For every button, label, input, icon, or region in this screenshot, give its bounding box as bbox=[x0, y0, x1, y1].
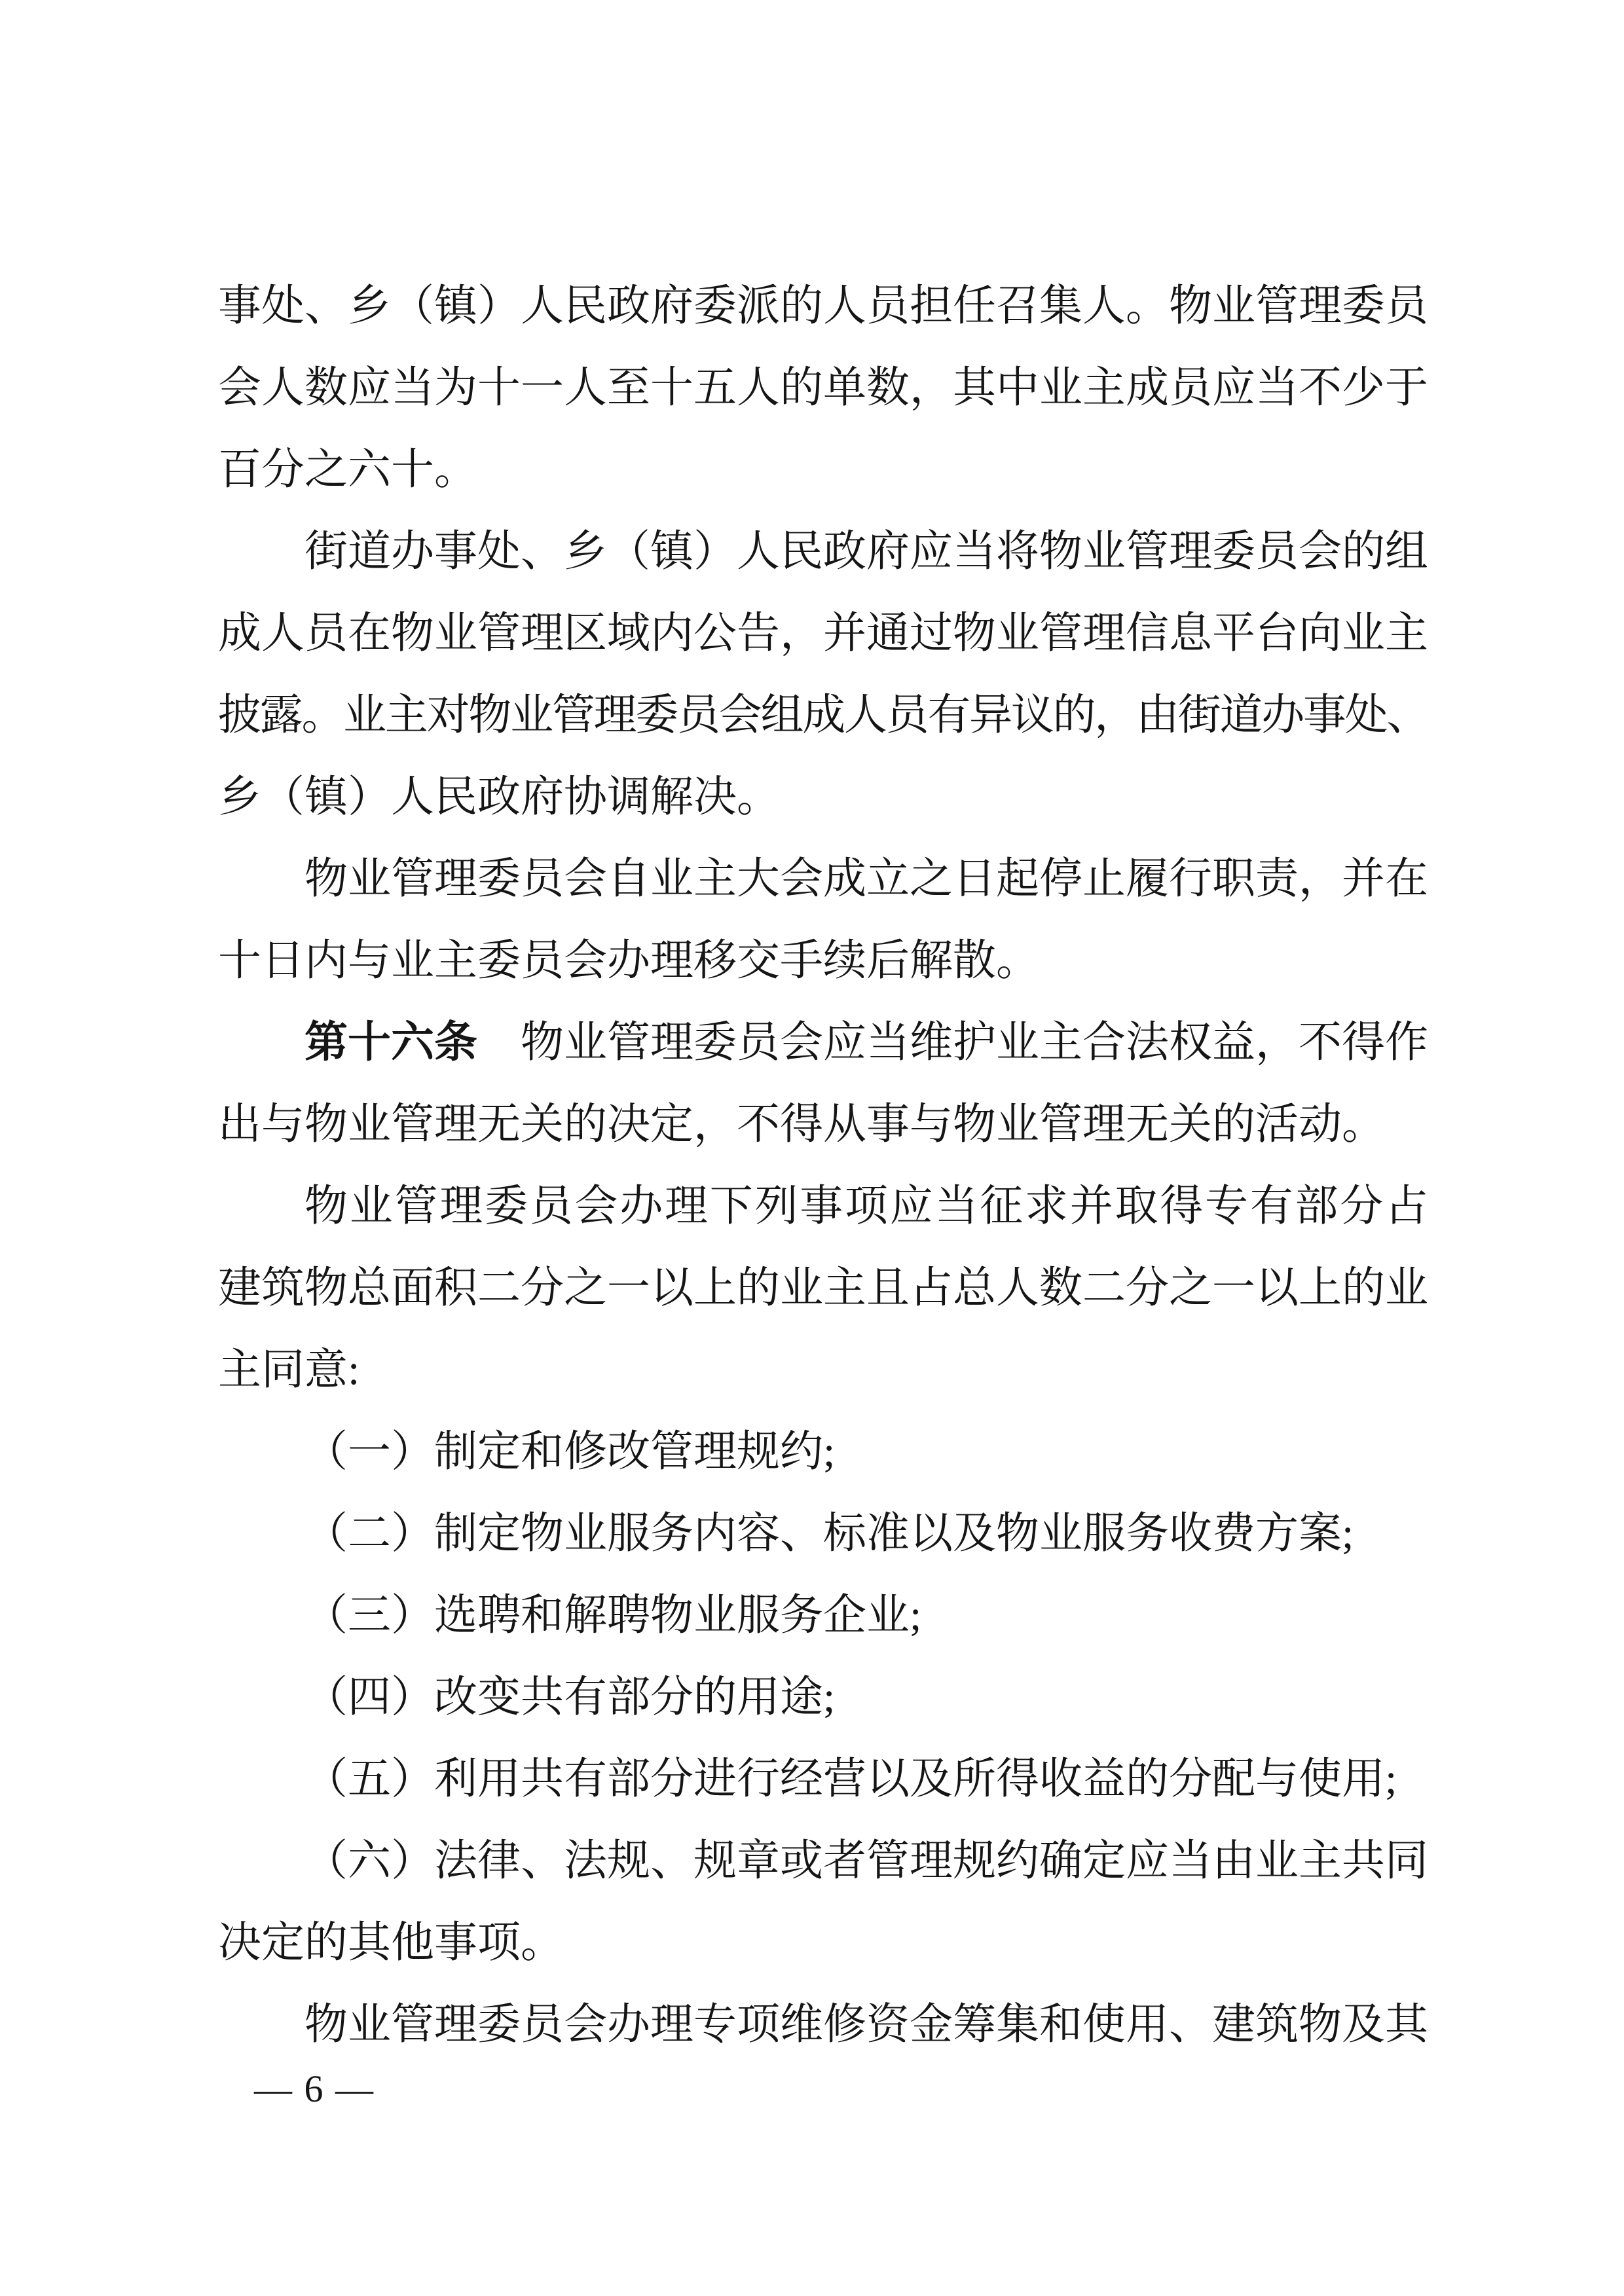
list-item-2: （二）制定物业服务内容、标准以及物业服务收费方案; bbox=[218, 1493, 1428, 1575]
document-body: 事处、乡（镇）人民政府委派的人员担任召集人。物业管理委员 会人数应当为十一人至十… bbox=[218, 265, 1428, 2066]
body-line: 披露。业主对物业管理委员会组成人员有异议的，由街道办事处、 bbox=[218, 674, 1428, 756]
list-item-3: （三）选聘和解聘物业服务企业; bbox=[218, 1575, 1428, 1656]
body-line: 物业管理委员会自业主大会成立之日起停止履行职责，并在 bbox=[218, 838, 1428, 920]
body-line: 乡（镇）人民政府协调解决。 bbox=[218, 756, 1428, 838]
body-line: 物业管理委员会办理下列事项应当征求并取得专有部分占 bbox=[218, 1165, 1428, 1247]
body-line: 街道办事处、乡（镇）人民政府应当将物业管理委员会的组 bbox=[218, 511, 1428, 592]
body-line: 物业管理委员会办理专项维修资金筹集和使用、建筑物及其 bbox=[218, 1984, 1428, 2066]
body-line: 会人数应当为十一人至十五人的单数，其中业主成员应当不少于 bbox=[218, 347, 1428, 429]
list-item-1: （一）制定和修改管理规约; bbox=[218, 1411, 1428, 1493]
body-line: 十日内与业主委员会办理移交手续后解散。 bbox=[218, 920, 1428, 1002]
document-page: 事处、乡（镇）人民政府委派的人员担任召集人。物业管理委员 会人数应当为十一人至十… bbox=[0, 0, 1624, 2296]
body-line: 出与物业管理无关的决定，不得从事与物业管理无关的活动。 bbox=[218, 1084, 1428, 1165]
page-number-footer: — 6 — bbox=[254, 2066, 375, 2112]
article-text: 物业管理委员会应当维护业主合法权益，不得作 bbox=[477, 1019, 1428, 1066]
body-line: 主同意: bbox=[218, 1329, 1428, 1411]
list-item-5: （五）利用共有部分进行经营以及所得收益的分配与使用; bbox=[218, 1738, 1428, 1820]
body-line: 事处、乡（镇）人民政府委派的人员担任召集人。物业管理委员 bbox=[218, 265, 1428, 347]
list-item-4: （四）改变共有部分的用途; bbox=[218, 1656, 1428, 1738]
body-line: 决定的其他事项。 bbox=[218, 1902, 1428, 1984]
body-line-article-16: 第十六条 物业管理委员会应当维护业主合法权益，不得作 bbox=[218, 1002, 1428, 1084]
article-number-label: 第十六条 bbox=[304, 1019, 477, 1066]
list-item-6: （六）法律、法规、规章或者管理规约确定应当由业主共同 bbox=[218, 1820, 1428, 1902]
body-line: 成人员在物业管理区域内公告，并通过物业管理信息平台向业主 bbox=[218, 592, 1428, 674]
body-line: 百分之六十。 bbox=[218, 429, 1428, 511]
body-line: 建筑物总面积二分之一以上的业主且占总人数二分之一以上的业 bbox=[218, 1247, 1428, 1329]
